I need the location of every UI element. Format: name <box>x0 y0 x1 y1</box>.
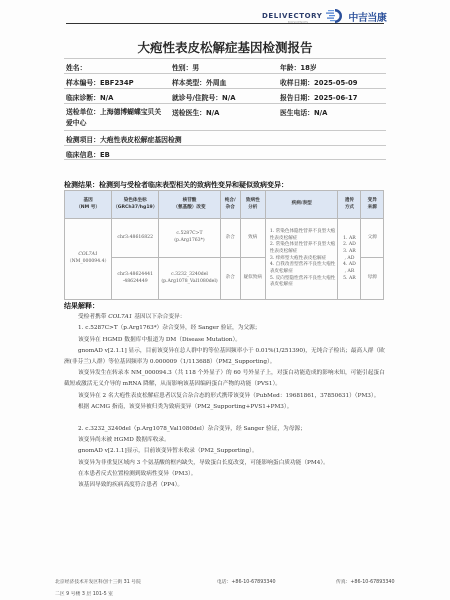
col-pathogenicity: 致病性 分析 <box>240 191 265 219</box>
coordinate-cell: chr3:48624441 -48624449 <box>112 258 159 300</box>
doctor-phone: 医生电话：N/A <box>280 107 384 127</box>
disease-item: 1. 常染色体隐性营养不良型大疱性表皮松解症 <box>270 229 336 242</box>
zygosity-cell: 杂合 <box>220 219 240 258</box>
variant2-title: 2. c.3232_3240del（p.Arg1078_Val1080del）杂… <box>64 424 386 435</box>
col-change: 核苷酸 （氨基酸）改变 <box>159 191 220 219</box>
table-header-row: 基因 （NM 号） 染色体坐标 （GRCh37/hg19） 核苷酸 （氨基酸）改… <box>65 191 384 219</box>
company-logo: DELIVECTORY BIOSCIENCES 中吉当康 <box>262 8 386 24</box>
patient-info-table: 姓名： 性别：男 年龄：18岁 样本编号：EBF234P 样本类型：外周血 收样… <box>64 58 386 160</box>
disease-cell: 1. 常染色体隐性营养不良型大疱性表皮松解症 2. 常染色体显性营养不良型大疱性… <box>265 219 338 300</box>
patient-age: 年龄：18岁 <box>280 62 384 70</box>
gene-name: COL7A1 <box>78 252 98 257</box>
col-gene: 基因 （NM 号） <box>65 191 112 219</box>
info-row: 临床诊断：N/A 就诊号/住院号：N/A 报告日期：2025-06-17 <box>64 88 386 103</box>
inheritance-item: , AR <box>340 269 358 276</box>
submitting-unit: 送检单位：上海德博蝴蝶宝贝关爱中心 <box>66 107 162 127</box>
info-row: 样本编号：EBF234P 样本类型：外周血 收样日期：2025-05-09 <box>64 73 386 88</box>
visit-number: 就诊号/住院号：N/A <box>172 92 280 100</box>
zygosity-cell: 杂合 <box>220 258 240 300</box>
receipt-date: 收样日期：2025-05-09 <box>280 77 384 85</box>
interpretation-section: 结果解释： 受检者携带 COL7A1 基因以下杂合变异： 1. c.5287C>… <box>64 301 386 491</box>
gene-cell: COL7A1 （NM_000094.4） <box>65 219 112 300</box>
variant1-line: 根据 ACMG 指南，该变异被归类为致病变异（PM2_Supporting+PV… <box>64 402 386 413</box>
info-row: 检测项目：大疱性表皮松解症基因检测 <box>64 130 386 145</box>
variant1-line: 该变异在 HGMD 数据库中报道为 DM（Disease Mutation）。 <box>64 335 386 346</box>
patient-name: 姓名： <box>66 62 172 70</box>
variant2-line: 该基因导致的疾病高度符合患者（PP4）。 <box>64 480 386 491</box>
col-source: 变异 来源 <box>361 191 384 219</box>
change-cell: c.3232_3240del (p.Arg1078_Val1080del) <box>159 258 220 300</box>
disease-item: 4. 自我改善型营养不良性大疱性表皮松解症 <box>270 262 336 275</box>
inheritance-item: 4. AD <box>340 262 358 269</box>
sample-type: 样本类型：外周血 <box>172 77 280 85</box>
patient-sex: 性别：男 <box>172 62 280 70</box>
results-table: 基因 （NM 号） 染色体坐标 （GRCh37/hg19） 核苷酸 （氨基酸）改… <box>64 190 384 300</box>
footer-address-line2: 二区 9 号楼 3 层 101-5 室 <box>55 590 113 597</box>
brand-english-name: DELIVECTORY <box>262 12 322 20</box>
coordinate-cell: chr3:48616822 <box>112 219 159 258</box>
variant1-line: 该变异发生在转录本 NM_000094.3（共 118 个外显子）的 60 号外… <box>64 368 386 390</box>
report-title: 大疱性表皮松解症基因检测报告 <box>0 38 450 56</box>
col-inheritance: 遗传 方式 <box>338 191 361 219</box>
change-cell: c.5287C>T (p.Arg1763*) <box>159 219 220 258</box>
report-page: DELIVECTORY BIOSCIENCES 中吉当康 大疱性表皮松解症基因检… <box>0 0 450 600</box>
submitting-doctor: 送检医生：N/A <box>172 107 280 127</box>
spacer <box>64 413 386 424</box>
clinical-diagnosis: 临床诊断：N/A <box>66 92 172 100</box>
intro-text: 受检者携带 <box>78 314 108 320</box>
intro-text-end: 基因以下杂合变异： <box>132 314 185 320</box>
disease-item: 5. 反向型隐性营养不良性大疱性表皮松解症 <box>270 276 336 289</box>
variant2-line: 该变异为非重复区域内 3 个氨基酸的框内缺失，导致蛋白长度改变，可能影响蛋白质功… <box>64 458 386 469</box>
inheritance-cell: 1. AR 2. AD 3. AR , AD 4. AD , AR 5. AR <box>338 219 361 300</box>
col-coordinate: 染色体坐标 （GRCh37/hg19） <box>112 191 159 219</box>
transcript-id: （NM_000094.4） <box>67 259 109 264</box>
interpretation-intro: 受检者携带 COL7A1 基因以下杂合变异： <box>64 312 386 323</box>
interpretation-heading: 结果解释： <box>64 301 386 312</box>
col-disease: 疾病/表型 <box>265 191 338 219</box>
intro-gene: COL7A1 <box>108 314 132 320</box>
report-date: 报告日期：2025-06-17 <box>280 92 384 100</box>
results-label: 检测结果：检测到与受检者临床表型相关的致病性变异和疑似致病变异： <box>64 180 288 190</box>
inheritance-item: 5. AR <box>340 276 358 283</box>
variant1-title: 1. c.5287C>T（p.Arg1763*）杂合变异，经 Sanger 验证… <box>64 323 386 334</box>
table-row: COL7A1 （NM_000094.4） chr3:48616822 c.528… <box>65 219 384 258</box>
footer-fax: 传真：+86-10-67893340 <box>336 578 395 585</box>
disease-item: 2. 常染色体显性营养不良型大疱性表皮松解症 <box>270 242 336 255</box>
pathogenicity-cell: 致病 <box>240 219 265 258</box>
brand-english: DELIVECTORY BIOSCIENCES <box>262 12 322 20</box>
variant2-line: gnomAD v[2.1.1]显示，目前该变异暂未收录（PM2_Supporti… <box>64 446 386 457</box>
source-cell: 父源 <box>361 219 384 258</box>
info-row: 临床信息：EB <box>64 145 386 160</box>
pathogenicity-cell: 疑似致病 <box>240 258 265 300</box>
footer-address-line1: 北京经济技术开发区科创十三街 31 号院 <box>55 578 141 585</box>
variant1-line: gnomAD v[2.1.1] 显示，目前该变异在总人群中的等位基因频率小于 0… <box>64 346 386 368</box>
inheritance-item: 3. AR <box>340 249 358 256</box>
header-divider <box>66 23 384 24</box>
test-item: 检测项目：大疱性表皮松解症基因检测 <box>66 134 182 142</box>
info-row: 姓名： 性别：男 年龄：18岁 <box>64 58 386 73</box>
clinical-info: 临床信息：EB <box>66 149 110 156</box>
variant1-line: 该变异在 2 名大疱性表皮松解症患者以复合杂合态的形式携带该变异（PubMed：… <box>64 391 386 402</box>
logo-globe-icon <box>326 8 344 24</box>
variant2-line: 在本患者反式位置检测到致病性变异（PM3）。 <box>64 469 386 480</box>
source-cell: 母源 <box>361 258 384 300</box>
variant2-line: 该变异尚未被 HGMD 数据库收录。 <box>64 435 386 446</box>
info-row: 送检单位：上海德博蝴蝶宝贝关爱中心 送检医生：N/A 医生电话：N/A <box>64 103 386 130</box>
footer-phone: 电话：+86-10-67893340 <box>217 578 276 585</box>
brand-chinese: 中吉当康 <box>348 9 386 24</box>
sample-id: 样本编号：EBF234P <box>66 77 172 85</box>
col-zygosity: 纯合/ 杂合 <box>220 191 240 219</box>
